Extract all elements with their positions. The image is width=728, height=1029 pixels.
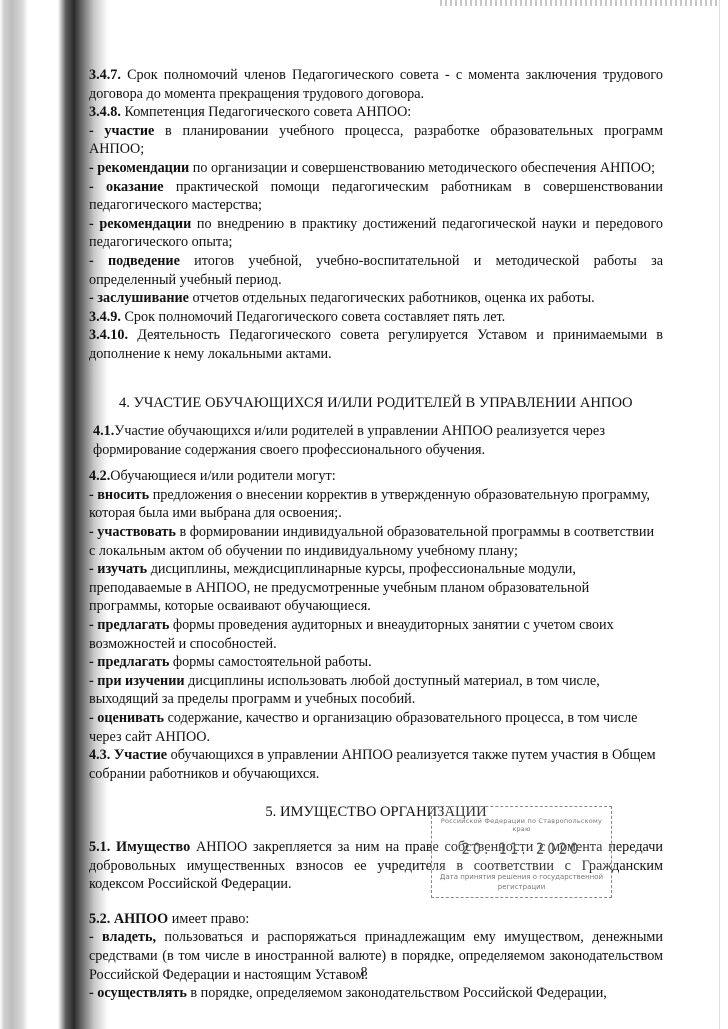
clause-4-3: 4.3. Участие обучающихся в управлении АН… [89, 746, 663, 783]
scan-edge-shadow [0, 0, 28, 1029]
page-number: 8 [0, 965, 728, 981]
list-item: - рекомендации по внедрению в практику д… [89, 215, 663, 252]
list-item: - при изучении дисциплины использовать л… [89, 672, 663, 709]
clause-5-2: 5.2. АНПОО имеет право: [89, 910, 663, 929]
list-item: - предлагать формы проведения аудиторных… [89, 616, 663, 653]
section-3-tail: 3.4.7. Срок полномочий членов Педагогиче… [89, 66, 663, 364]
section-4-heading: 4. УЧАСТИЕ ОБУЧАЮЩИХСЯ И/ИЛИ РОДИТЕЛЕЙ В… [89, 394, 663, 413]
clause-3-4-9: 3.4.9. Срок полномочий Педагогического с… [89, 308, 663, 327]
list-item: - участвовать в формировании индивидуаль… [89, 523, 663, 560]
clause-4-2: 4.2.Обучающиеся и/или родители могут: [89, 467, 663, 486]
list-item: - вносить предложения о внесении коррект… [89, 486, 663, 523]
registration-stamp: Российской Федерации по Ставропольскому … [431, 806, 612, 898]
list-item: - осуществлять в порядке, определяемом з… [89, 984, 663, 1003]
list-item: - предлагать формы самостоятельной работ… [89, 653, 663, 672]
clause-3-4-8: 3.4.8. Компетенция Педагогического совет… [89, 103, 663, 122]
list-item: - оказание практической помощи педагогич… [89, 178, 663, 215]
scan-top-noise [440, 0, 720, 6]
list-item: - подведение итогов учебной, учебно-восп… [89, 252, 663, 289]
scan-right-edge [719, 0, 720, 1029]
list-item: - заслушивание отчетов отдельных педагог… [89, 289, 663, 308]
list-item: - изучать дисциплины, междисциплинарные … [89, 560, 663, 616]
list-item: - оценивать содержание, качество и орган… [89, 709, 663, 746]
list-item: - участие в планировании учебного процес… [89, 122, 663, 159]
section-4-rights-list: - вносить предложения о внесении коррект… [89, 486, 663, 746]
stamp-date: 20. 11. 2020 [450, 839, 593, 858]
clause-3-4-7: 3.4.7. Срок полномочий членов Педагогиче… [89, 66, 663, 103]
clause-4-1: 4.1.Участие обучающихся и/или родителей … [89, 422, 663, 459]
stamp-authority: Российской Федерации по Ставропольскому … [432, 817, 611, 833]
clause-3-4-10: 3.4.10. Деятельность Педагогического сов… [89, 326, 663, 363]
list-item: - рекомендации по организации и совершен… [89, 159, 663, 178]
stamp-caption: Дата принятия решения о государственной … [432, 872, 611, 892]
